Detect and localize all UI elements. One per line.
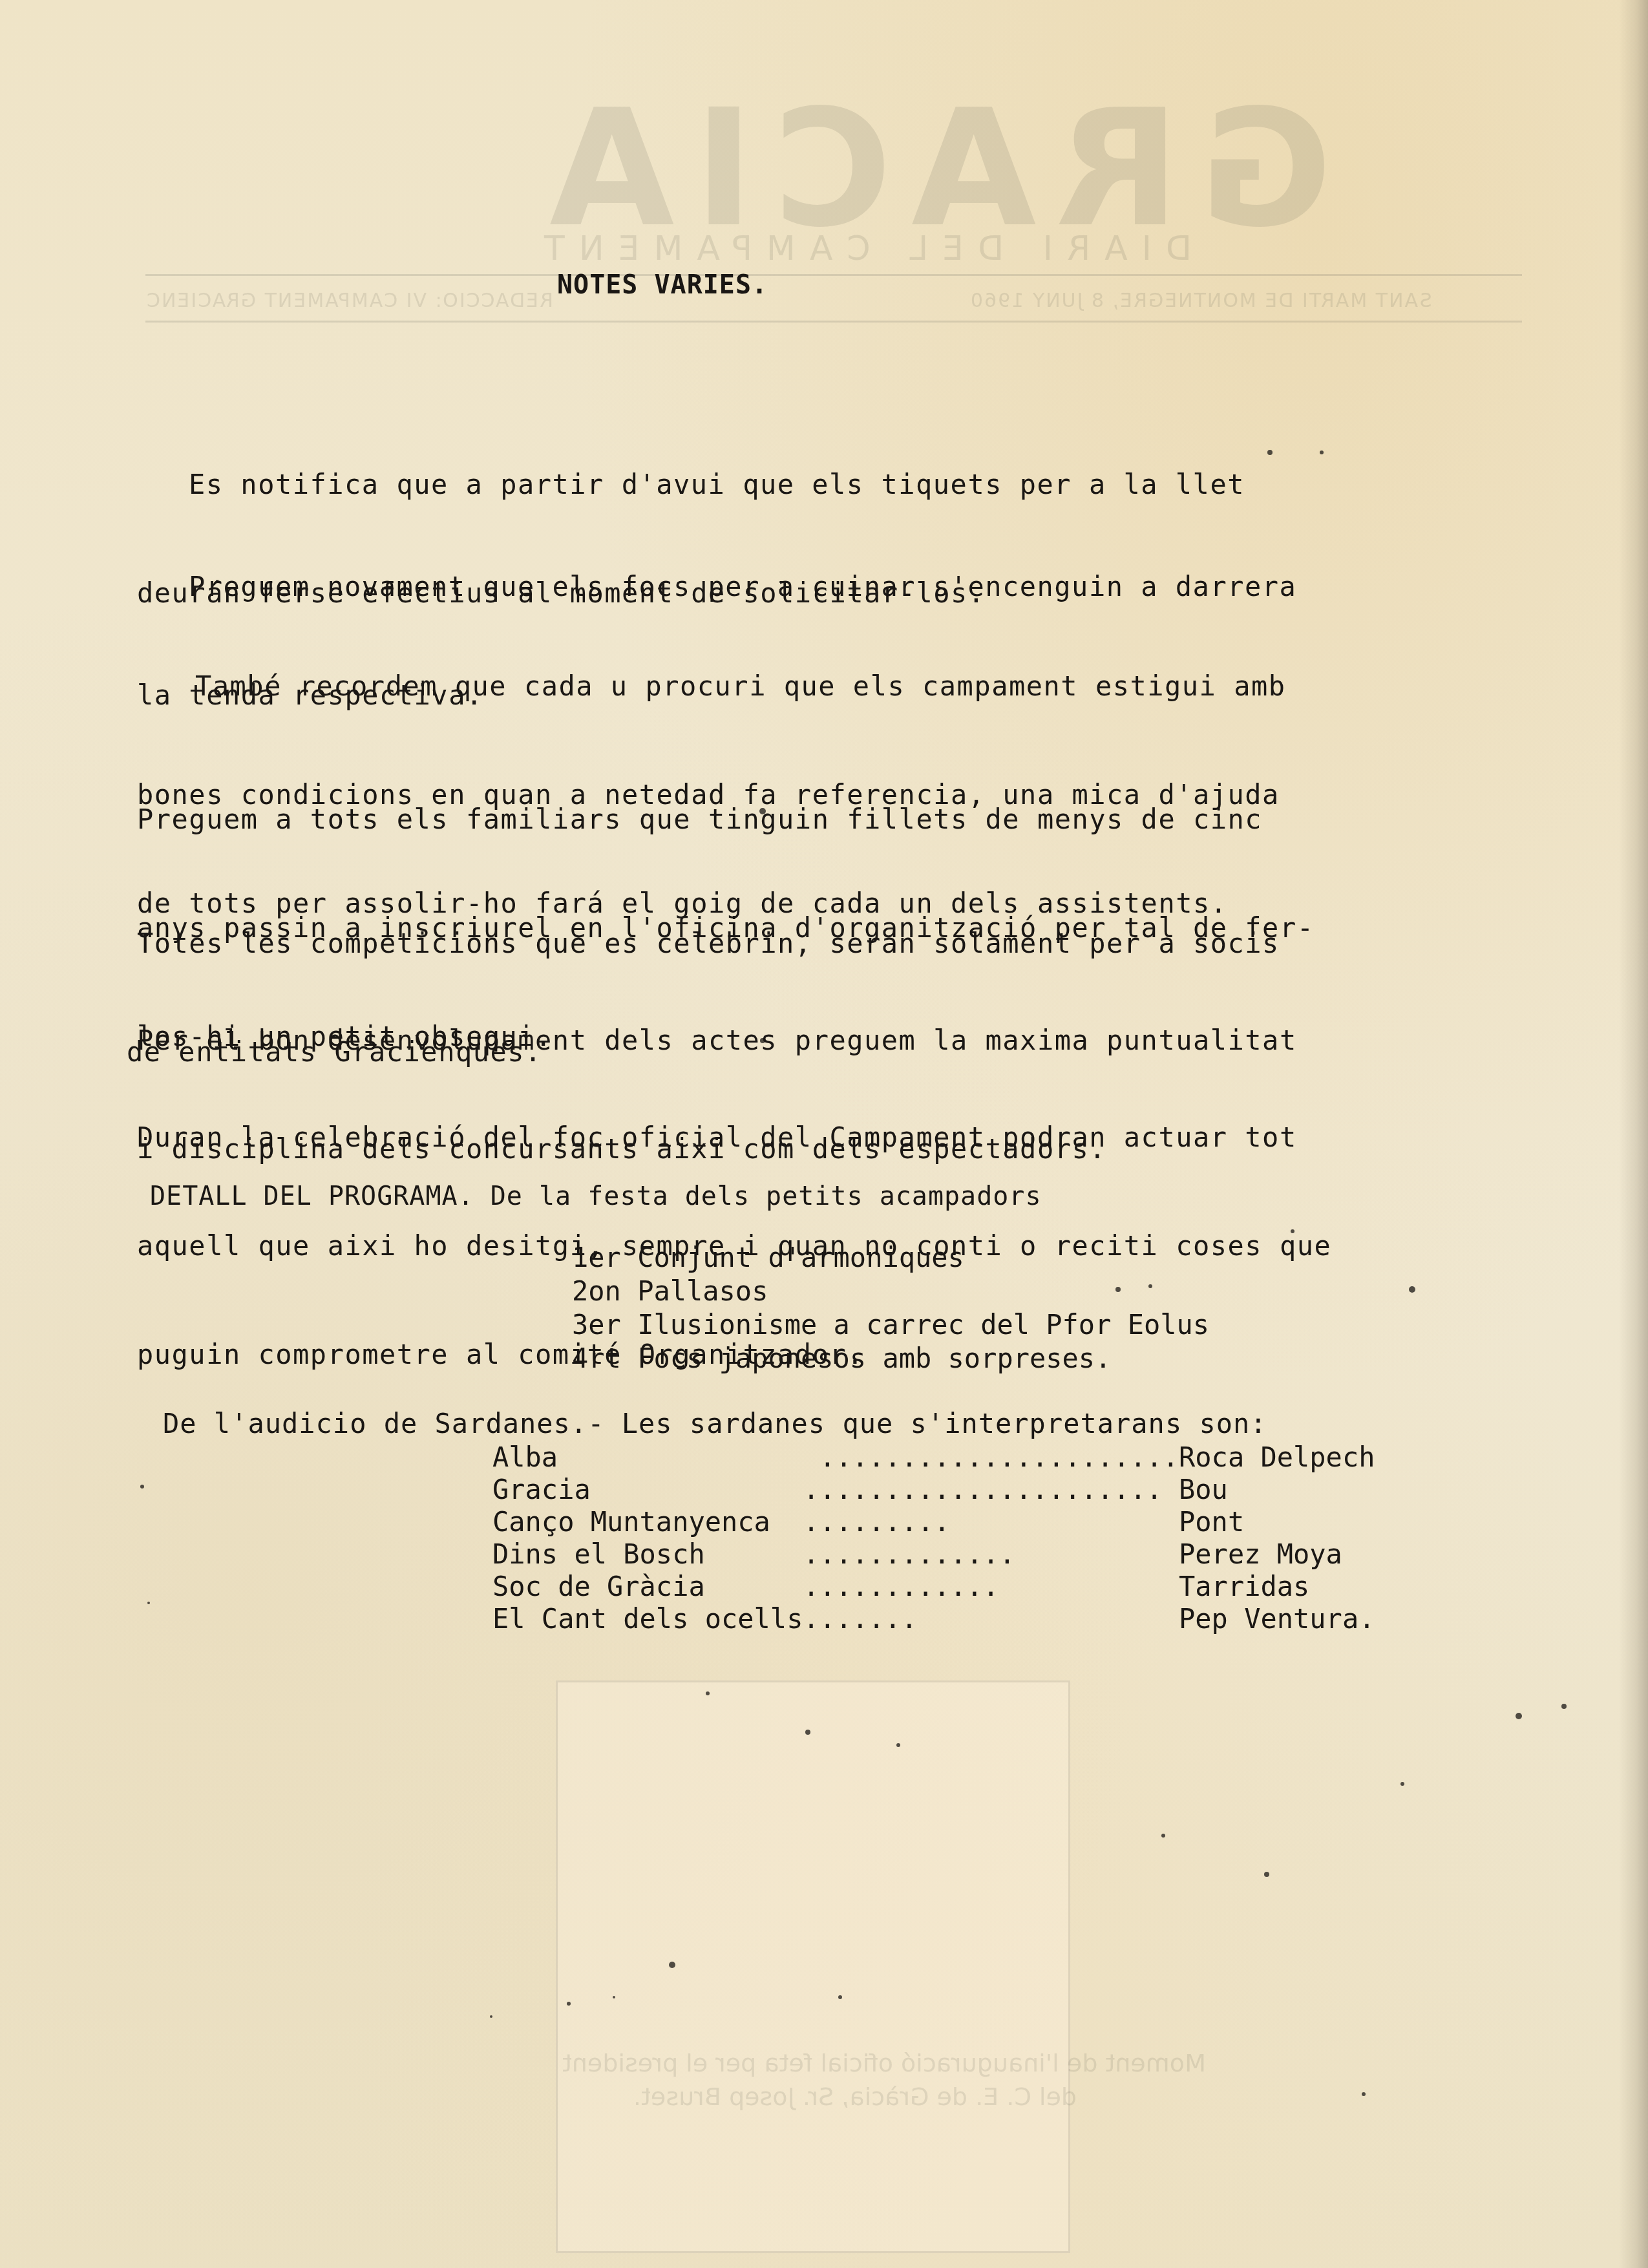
sardana-composer: Pont bbox=[1179, 1506, 1375, 1538]
sardana-title: Gracia bbox=[492, 1474, 803, 1506]
table-row: Canço Muntanyenca ......... Pont bbox=[492, 1506, 1375, 1538]
table-row: Soc de Gràcia ............ Tarridas bbox=[492, 1571, 1375, 1603]
dot-leader: ............ bbox=[803, 1571, 1179, 1603]
sardana-composer: Tarridas bbox=[1179, 1571, 1375, 1603]
paragraph-line: Duran la celebració del foc oficial del … bbox=[137, 1119, 1331, 1156]
sardana-composer: Roca Delpech bbox=[1179, 1441, 1375, 1474]
sardana-title: Canço Muntanyenca bbox=[492, 1506, 803, 1538]
typewritten-document: NOTES VARIES. Es notifica que a partir d… bbox=[0, 0, 1648, 2268]
table-row: El Cant dels ocells ....... Pep Ventura. bbox=[492, 1603, 1375, 1635]
dot-leader: ...................... bbox=[803, 1441, 1179, 1474]
table-row: Gracia ...................... Bou bbox=[492, 1474, 1375, 1506]
sardanes-heading: De l'audicio de Sardanes.- Les sardanes … bbox=[163, 1408, 1267, 1439]
program-list: 1er Conjunt d'armoniques 2on Pallasos 3e… bbox=[572, 1241, 1209, 1375]
program-item: 3er Ilusionisme a carrec del Pfor Eolus bbox=[572, 1308, 1209, 1342]
dot-leader: ............. bbox=[803, 1538, 1179, 1571]
table-row: Alba ...................... Roca Delpech bbox=[492, 1441, 1375, 1474]
sardana-title: Dins el Bosch bbox=[492, 1538, 803, 1571]
dot-leader: ....... bbox=[803, 1603, 1179, 1635]
sardana-title: El Cant dels ocells bbox=[492, 1603, 803, 1635]
table-row: Dins el Bosch ............. Perez Moya bbox=[492, 1538, 1375, 1571]
dot-leader: ...................... bbox=[803, 1474, 1179, 1506]
sardana-composer: Bou bbox=[1179, 1474, 1375, 1506]
sardana-title: Alba bbox=[492, 1441, 803, 1474]
document-heading: NOTES VARIES. bbox=[557, 270, 768, 300]
sardanes-table: Alba ...................... Roca Delpech… bbox=[492, 1441, 1375, 1635]
dot-leader: ......... bbox=[803, 1506, 1179, 1538]
program-item: 1er Conjunt d'armoniques bbox=[572, 1241, 1209, 1275]
paragraph-line: També recordem que cada u procuri que el… bbox=[137, 668, 1286, 705]
paragraph-line: Preguem a tots els familiars que tinguin… bbox=[137, 801, 1314, 838]
program-item: 2on Pallasos bbox=[572, 1275, 1209, 1308]
sardana-composer: Perez Moya bbox=[1179, 1538, 1375, 1571]
sardana-title: Soc de Gràcia bbox=[492, 1571, 803, 1603]
sardana-composer: Pep Ventura. bbox=[1179, 1603, 1375, 1635]
program-heading: DETALL DEL PROGRAMA. De la festa dels pe… bbox=[150, 1182, 1042, 1211]
program-item: 4rt Focs japonesos amb sorpreses. bbox=[572, 1342, 1209, 1375]
